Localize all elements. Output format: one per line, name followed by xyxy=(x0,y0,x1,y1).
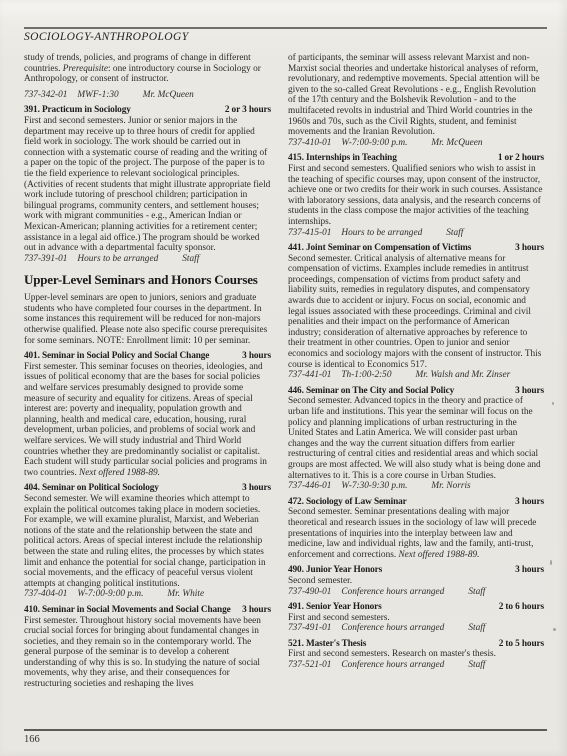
course-time: Conference hours arranged xyxy=(341,623,444,633)
page-content: study of trends, policies, and programs … xyxy=(24,53,544,695)
course-schedule: 737-404-01W-7:00-9:00 p.m.Mr. White xyxy=(24,589,271,600)
course-title: 446. Seminar on The City and Social Poli… xyxy=(288,386,454,397)
scan-artifact xyxy=(552,402,554,405)
section-intro: Upper-level seminars are open to juniors… xyxy=(24,293,271,346)
course-342-schedule: 737-342-01MWF-1:30Mr. McQueen xyxy=(24,90,271,101)
course-instructor: Staff xyxy=(182,254,199,264)
course-title: 491. Senior Year Honors xyxy=(288,602,382,613)
course-hours: 3 hours xyxy=(515,497,544,508)
course-time: Th-1:00-2:50 xyxy=(341,370,391,380)
scan-artifact xyxy=(550,560,552,565)
course-code: 737-415-01 xyxy=(288,228,331,238)
course-time: W-7:00-9:00 p.m. xyxy=(341,138,407,148)
course-instructor: Mr. McQueen xyxy=(143,90,194,100)
course-hours: 2 to 6 hours xyxy=(499,602,544,613)
course-title-row: 472. Sociology of Law Seminar 3 hours xyxy=(288,497,544,508)
course-342-continuation: study of trends, policies, and programs … xyxy=(24,53,271,85)
course-description: First and second semesters. Junior or se… xyxy=(24,116,271,254)
course-schedule: 737-491-01Conference hours arrangedStaff xyxy=(288,623,544,634)
course-title: 472. Sociology of Law Seminar xyxy=(288,497,407,508)
course-521: 521. Master's Thesis 2 to 5 hours First … xyxy=(288,639,544,671)
course-hours: 2 to 5 hours xyxy=(499,639,544,650)
course-title-row: 415. Internships in Teaching 1 or 2 hour… xyxy=(288,153,544,164)
course-title-row: 521. Master's Thesis 2 to 5 hours xyxy=(288,639,544,650)
course-title: 404. Seminar on Political Sociology xyxy=(24,483,159,494)
course-491: 491. Senior Year Honors 2 to 6 hours Fir… xyxy=(288,602,544,634)
course-472: 472. Sociology of Law Seminar 3 hours Se… xyxy=(288,497,544,561)
course-code: 737-490-01 xyxy=(288,587,331,597)
course-title: 410. Seminar in Social Movements and Soc… xyxy=(24,605,231,616)
course-title: 415. Internships in Teaching xyxy=(288,153,397,164)
course-title-row: 391. Practicum in Sociology 2 or 3 hours xyxy=(24,105,271,116)
course-401: 401. Seminar in Social Policy and Social… xyxy=(24,351,271,478)
course-time: W-7:30-9:30 p.m. xyxy=(341,481,407,491)
course-instructor: Mr. Norris xyxy=(431,481,470,491)
course-hours: 3 hours xyxy=(242,605,271,616)
page-number: 166 xyxy=(24,731,547,745)
course-410-continuation: of participants, the seminar will assess… xyxy=(288,53,544,138)
course-instructor: Mr. Walsh and Mr. Zinser xyxy=(415,370,510,380)
right-column: of participants, the seminar will assess… xyxy=(288,53,544,695)
course-instructor: Mr. White xyxy=(167,589,204,599)
course-title-row: 490. Junior Year Honors 3 hours xyxy=(288,565,544,576)
course-404: 404. Seminar on Political Sociology 3 ho… xyxy=(24,483,271,600)
course-schedule: 737-446-01W-7:30-9:30 p.m.Mr. Norris xyxy=(288,481,544,492)
page-title: SOCIOLOGY-ANTHROPOLOGY xyxy=(24,29,547,43)
course-description: First semester. Throughout history socia… xyxy=(24,616,271,690)
section-heading: Upper-Level Seminars and Honors Courses xyxy=(24,272,271,287)
scan-artifact xyxy=(553,628,556,631)
course-title-row: 446. Seminar on The City and Social Poli… xyxy=(288,386,544,397)
course-description: Second semester. Seminar presentations d… xyxy=(288,507,544,560)
course-time: Hours to be arranged xyxy=(77,254,158,264)
course-code: 737-410-01 xyxy=(288,138,331,148)
course-code: 737-404-01 xyxy=(24,589,67,599)
course-title: 521. Master's Thesis xyxy=(288,639,366,650)
next-offered-note: Next offered 1988-89. xyxy=(79,468,160,478)
course-description: Second semester. We will examine theorie… xyxy=(24,494,271,589)
course-title: 391. Practicum in Sociology xyxy=(24,105,131,116)
course-description: Second semester. Critical analysis of al… xyxy=(288,254,544,371)
course-title-row: 401. Seminar in Social Policy and Social… xyxy=(24,351,271,362)
catalog-page: SOCIOLOGY-ANTHROPOLOGY study of trends, … xyxy=(0,0,567,756)
course-time: Hours to be arranged xyxy=(341,228,422,238)
course-title-row: 491. Senior Year Honors 2 to 6 hours xyxy=(288,602,544,613)
page-footer: 166 xyxy=(24,729,547,745)
course-hours: 3 hours xyxy=(242,483,271,494)
course-description: First and second semesters. xyxy=(288,613,544,624)
course-title-row: 410. Seminar in Social Movements and Soc… xyxy=(24,605,271,616)
course-hours: 3 hours xyxy=(242,351,271,362)
course-description: First and second semesters. Research on … xyxy=(288,649,544,660)
course-title-row: 441. Joint Seminar on Compensation of Vi… xyxy=(288,243,544,254)
course-schedule: 737-490-01Conference hours arrangedStaff xyxy=(288,587,544,598)
course-415: 415. Internships in Teaching 1 or 2 hour… xyxy=(288,153,544,238)
course-title: 490. Junior Year Honors xyxy=(288,565,382,576)
course-code: 737-441-01 xyxy=(288,370,331,380)
course-hours: 1 or 2 hours xyxy=(498,153,544,164)
course-description: First semester. This seminar focuses on … xyxy=(24,362,271,479)
course-time: Conference hours arranged xyxy=(341,660,444,670)
course-441: 441. Joint Seminar on Compensation of Vi… xyxy=(288,243,544,381)
course-code: 737-342-01 xyxy=(24,90,67,100)
course-490: 490. Junior Year Honors 3 hours Second s… xyxy=(288,565,544,597)
course-hours: 2 or 3 hours xyxy=(225,105,271,116)
course-instructor: Staff xyxy=(468,587,485,597)
course-description: Second semester. Advanced topics in the … xyxy=(288,396,544,481)
course-410-schedule: 737-410-01W-7:00-9:00 p.m.Mr. McQueen xyxy=(288,138,544,149)
next-offered-note: Next offered 1988-89. xyxy=(398,550,479,560)
left-column: study of trends, policies, and programs … xyxy=(24,53,271,695)
course-446: 446. Seminar on The City and Social Poli… xyxy=(288,386,544,492)
course-schedule: 737-521-01Conference hours arrangedStaff xyxy=(288,660,544,671)
course-hours: 3 hours xyxy=(515,565,544,576)
course-schedule: 737-415-01Hours to be arrangedStaff xyxy=(288,228,544,239)
course-schedule: 737-441-01Th-1:00-2:50Mr. Walsh and Mr. … xyxy=(288,370,544,381)
course-hours: 3 hours xyxy=(515,386,544,397)
course-description-text: First semester. This seminar focuses on … xyxy=(24,362,267,478)
course-description: First and second semesters. Qualified se… xyxy=(288,164,544,228)
course-description: Second semester. xyxy=(288,576,544,587)
course-instructor: Staff xyxy=(468,623,485,633)
course-instructor: Mr. McQueen xyxy=(431,138,482,148)
course-code: 737-446-01 xyxy=(288,481,331,491)
course-instructor: Staff xyxy=(446,228,463,238)
course-code: 737-491-01 xyxy=(288,623,331,633)
course-title: 441. Joint Seminar on Compensation of Vi… xyxy=(288,243,471,254)
course-410: 410. Seminar in Social Movements and Soc… xyxy=(24,605,271,690)
course-instructor: Staff xyxy=(468,660,485,670)
prerequisite-label: Prerequisite xyxy=(63,64,108,74)
course-time: Conference hours arranged xyxy=(341,587,444,597)
course-schedule: 737-391-01Hours to be arrangedStaff xyxy=(24,254,271,265)
course-title: 401. Seminar in Social Policy and Social… xyxy=(24,351,209,362)
course-code: 737-521-01 xyxy=(288,660,331,670)
course-code: 737-391-01 xyxy=(24,254,67,264)
course-hours: 3 hours xyxy=(515,243,544,254)
course-time: MWF-1:30 xyxy=(77,90,118,100)
course-title-row: 404. Seminar on Political Sociology 3 ho… xyxy=(24,483,271,494)
course-391: 391. Practicum in Sociology 2 or 3 hours… xyxy=(24,105,271,264)
course-time: W-7:00-9:00 p.m. xyxy=(77,589,143,599)
page-header: SOCIOLOGY-ANTHROPOLOGY xyxy=(24,27,547,43)
